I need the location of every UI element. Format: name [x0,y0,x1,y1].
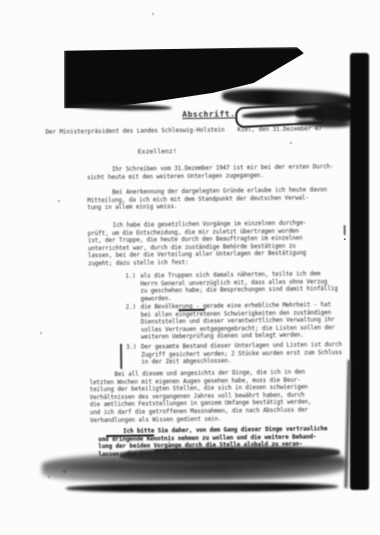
header-abschrift-label: Abschrift. [182,109,235,119]
pencil-exclamation-dot [344,238,346,240]
paragraph: Ihr Schreiben vom 31.Dezember 1947 ist m… [87,163,347,181]
paragraph: Bei Anerkennung der dargelegten Gründe e… [87,186,347,212]
pencil-exclamation-mark [344,225,346,235]
list-item: 3.)Der gesamte Bestand dieser Unterlagen… [126,341,348,366]
paragraph: Ich habe die gesetzlichen Vorgänge im ei… [88,219,349,268]
receipt-stamp [235,102,328,128]
text-line: weiteren Ueberprüfung dienen und belegt … [141,331,348,341]
list-item-number: 3.) [126,344,136,352]
stamp-ink-smudge [295,107,320,119]
list-item: 2.)die Bevölkerung - gerade eine erhebli… [126,301,348,342]
pencil-margin-line [120,344,122,369]
list-item-number: 1.) [125,273,135,281]
scanned-document-page: Abschrift. Der Ministerpräsident des Lan… [0,0,380,535]
list-item: 1.)als die Truppen sich damals näherten,… [125,270,347,303]
salutation: Exzellenz! [138,147,177,155]
paragraph: Bei all diesem und angesichts der Dinge,… [89,368,350,424]
list-item-number: 2.) [126,304,136,312]
text-line: in der Zeit abgeschlossen. [141,356,348,366]
underline-mark [179,309,205,311]
date-line: Kiel, den 31.Dezember 47 [237,125,321,133]
sender-line: Der Ministerpräsident des Landes Schlesw… [45,127,224,136]
